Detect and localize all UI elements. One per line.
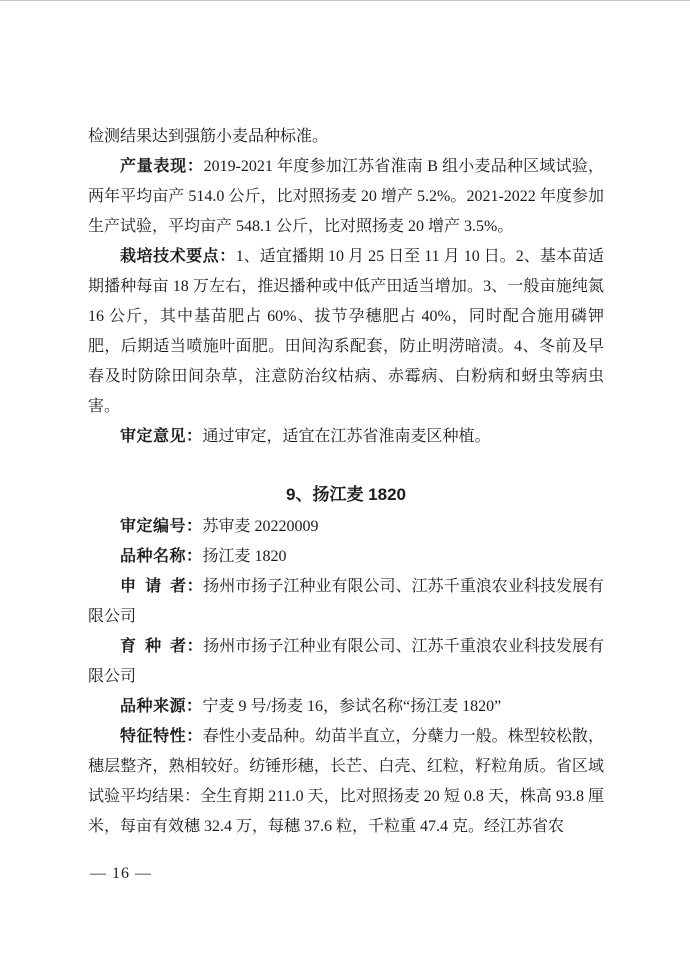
- page-top-edge-line: [0, 0, 690, 1]
- paragraph-approval-opinion: 审定意见：通过审定，适宜在江苏省淮南麦区种植。: [88, 422, 604, 452]
- paragraph-label: 审定意见：: [120, 428, 203, 445]
- page-number: — 16 —: [90, 861, 152, 887]
- paragraph-text: 通过审定，适宜在江苏省淮南麦区种植。: [203, 428, 491, 445]
- entry-variety-name: 品种名称：扬江麦 1820: [88, 542, 604, 572]
- entry-label: 育 种 者：: [120, 638, 203, 655]
- entry-applicant: 申 请 者：扬州市扬子江种业有限公司、江苏千重浪农业科技发展有限公司: [88, 572, 604, 632]
- section-heading-variety-9: 9、扬江麦 1820: [88, 480, 604, 510]
- entry-label: 品种来源：: [120, 698, 203, 715]
- paragraph-text: 检测结果达到强筋小麦品种标准。: [88, 128, 328, 145]
- entry-characteristics: 特征特性：春性小麦品种。幼苗半直立，分蘖力一般。株型较松散，穗层整齐，熟相较好。…: [88, 722, 604, 842]
- entry-text: 苏审麦 20220009: [203, 518, 319, 535]
- entry-text: 扬江麦 1820: [203, 548, 287, 565]
- entry-variety-source: 品种来源：宁麦 9 号/扬麦 16，参试名称“扬江麦 1820”: [88, 692, 604, 722]
- entry-label: 审定编号：: [120, 518, 203, 535]
- entry-breeder: 育 种 者：扬州市扬子江种业有限公司、江苏千重浪农业科技发展有限公司: [88, 632, 604, 692]
- entry-label: 特征特性：: [120, 728, 203, 745]
- entry-label: 品种名称：: [120, 548, 203, 565]
- paragraph-label: 产量表现：: [120, 158, 204, 175]
- paragraph-label: 栽培技术要点：: [120, 248, 236, 265]
- entry-text: 宁麦 9 号/扬麦 16，参试名称“扬江麦 1820”: [203, 698, 502, 715]
- document-page: 检测结果达到强筋小麦品种标准。 产量表现：2019-2021 年度参加江苏省淮南…: [0, 0, 690, 975]
- page-content: 检测结果达到强筋小麦品种标准。 产量表现：2019-2021 年度参加江苏省淮南…: [88, 122, 604, 842]
- paragraph-cultivation-techniques: 栽培技术要点：1、适宜播期 10 月 25 日至 11 月 10 日。2、基本苗…: [88, 242, 604, 422]
- entry-approval-number: 审定编号：苏审麦 20220009: [88, 512, 604, 542]
- paragraph-text: 1、适宜播期 10 月 25 日至 11 月 10 日。2、基本苗适期播种每亩 …: [88, 248, 604, 415]
- paragraph-continuation: 检测结果达到强筋小麦品种标准。: [88, 122, 604, 152]
- entry-label: 申 请 者：: [120, 578, 203, 595]
- paragraph-yield-performance: 产量表现：2019-2021 年度参加江苏省淮南 B 组小麦品种区域试验，两年平…: [88, 152, 604, 242]
